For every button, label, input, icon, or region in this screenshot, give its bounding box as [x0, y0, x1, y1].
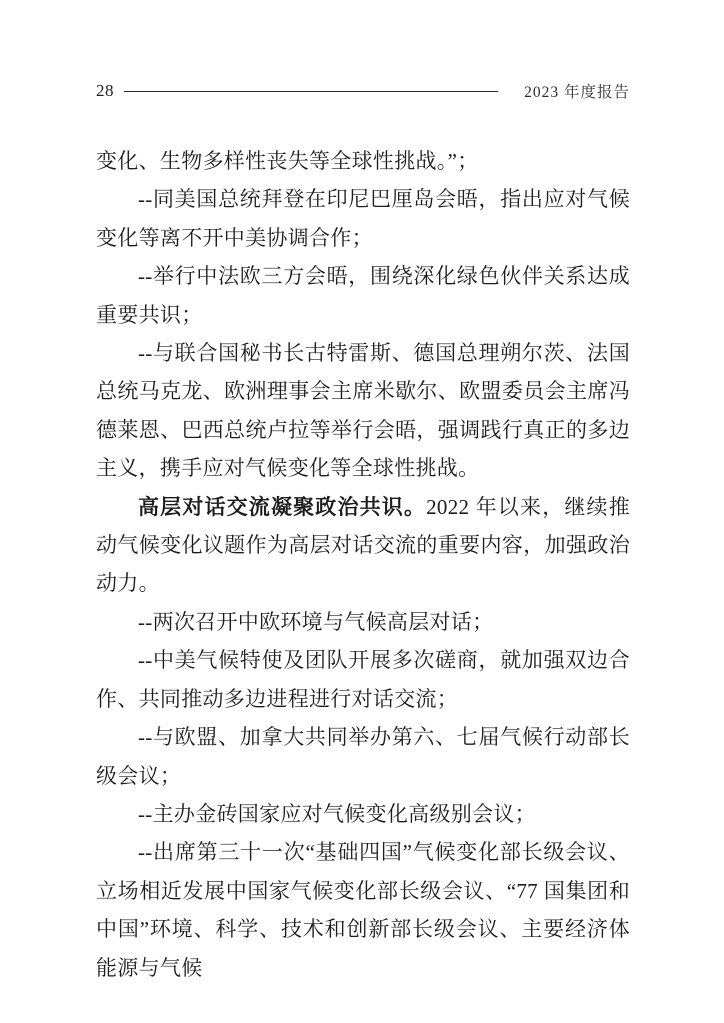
paragraph: 变化、生物多样性丧失等全球性挑战。”； — [96, 142, 630, 180]
paragraph: --同美国总统拜登在印尼巴厘岛会晤，指出应对气候变化等离不开中美协调合作； — [96, 180, 630, 257]
document-body: 变化、生物多样性丧失等全球性挑战。”；--同美国总统拜登在印尼巴厘岛会晤，指出应… — [96, 142, 630, 987]
paragraph-bold-lead: 高层对话交流凝聚政治共识。 — [138, 495, 426, 519]
paragraph: --两次召开中欧环境与气候高层对话； — [96, 603, 630, 641]
page-header: 28 2023 年度报告 — [96, 80, 630, 102]
header-rule — [124, 91, 498, 92]
page-number: 28 — [96, 81, 114, 101]
paragraph: 高层对话交流凝聚政治共识。2022 年以来，继续推动气候变化议题作为高层对话交流… — [96, 488, 630, 603]
paragraph: --举行中法欧三方会晤，围绕深化绿色伙伴关系达成重要共识； — [96, 257, 630, 334]
paragraph: --出席第三十一次“基础四国”气候变化部长级会议、立场相近发展中国家气候变化部长… — [96, 833, 630, 987]
paragraph: --主办金砖国家应对气候变化高级别会议； — [96, 795, 630, 833]
paragraph: --与联合国秘书长古特雷斯、德国总理朔尔茨、法国总统马克龙、欧洲理事会主席米歇尔… — [96, 334, 630, 488]
paragraph: --与欧盟、加拿大共同举办第六、七届气候行动部长级会议； — [96, 718, 630, 795]
paragraph: --中美气候特使及团队开展多次磋商，就加强双边合作、共同推动多边进程进行对话交流… — [96, 641, 630, 718]
document-page: 28 2023 年度报告 变化、生物多样性丧失等全球性挑战。”；--同美国总统拜… — [0, 0, 724, 1023]
report-title: 2023 年度报告 — [524, 80, 630, 102]
